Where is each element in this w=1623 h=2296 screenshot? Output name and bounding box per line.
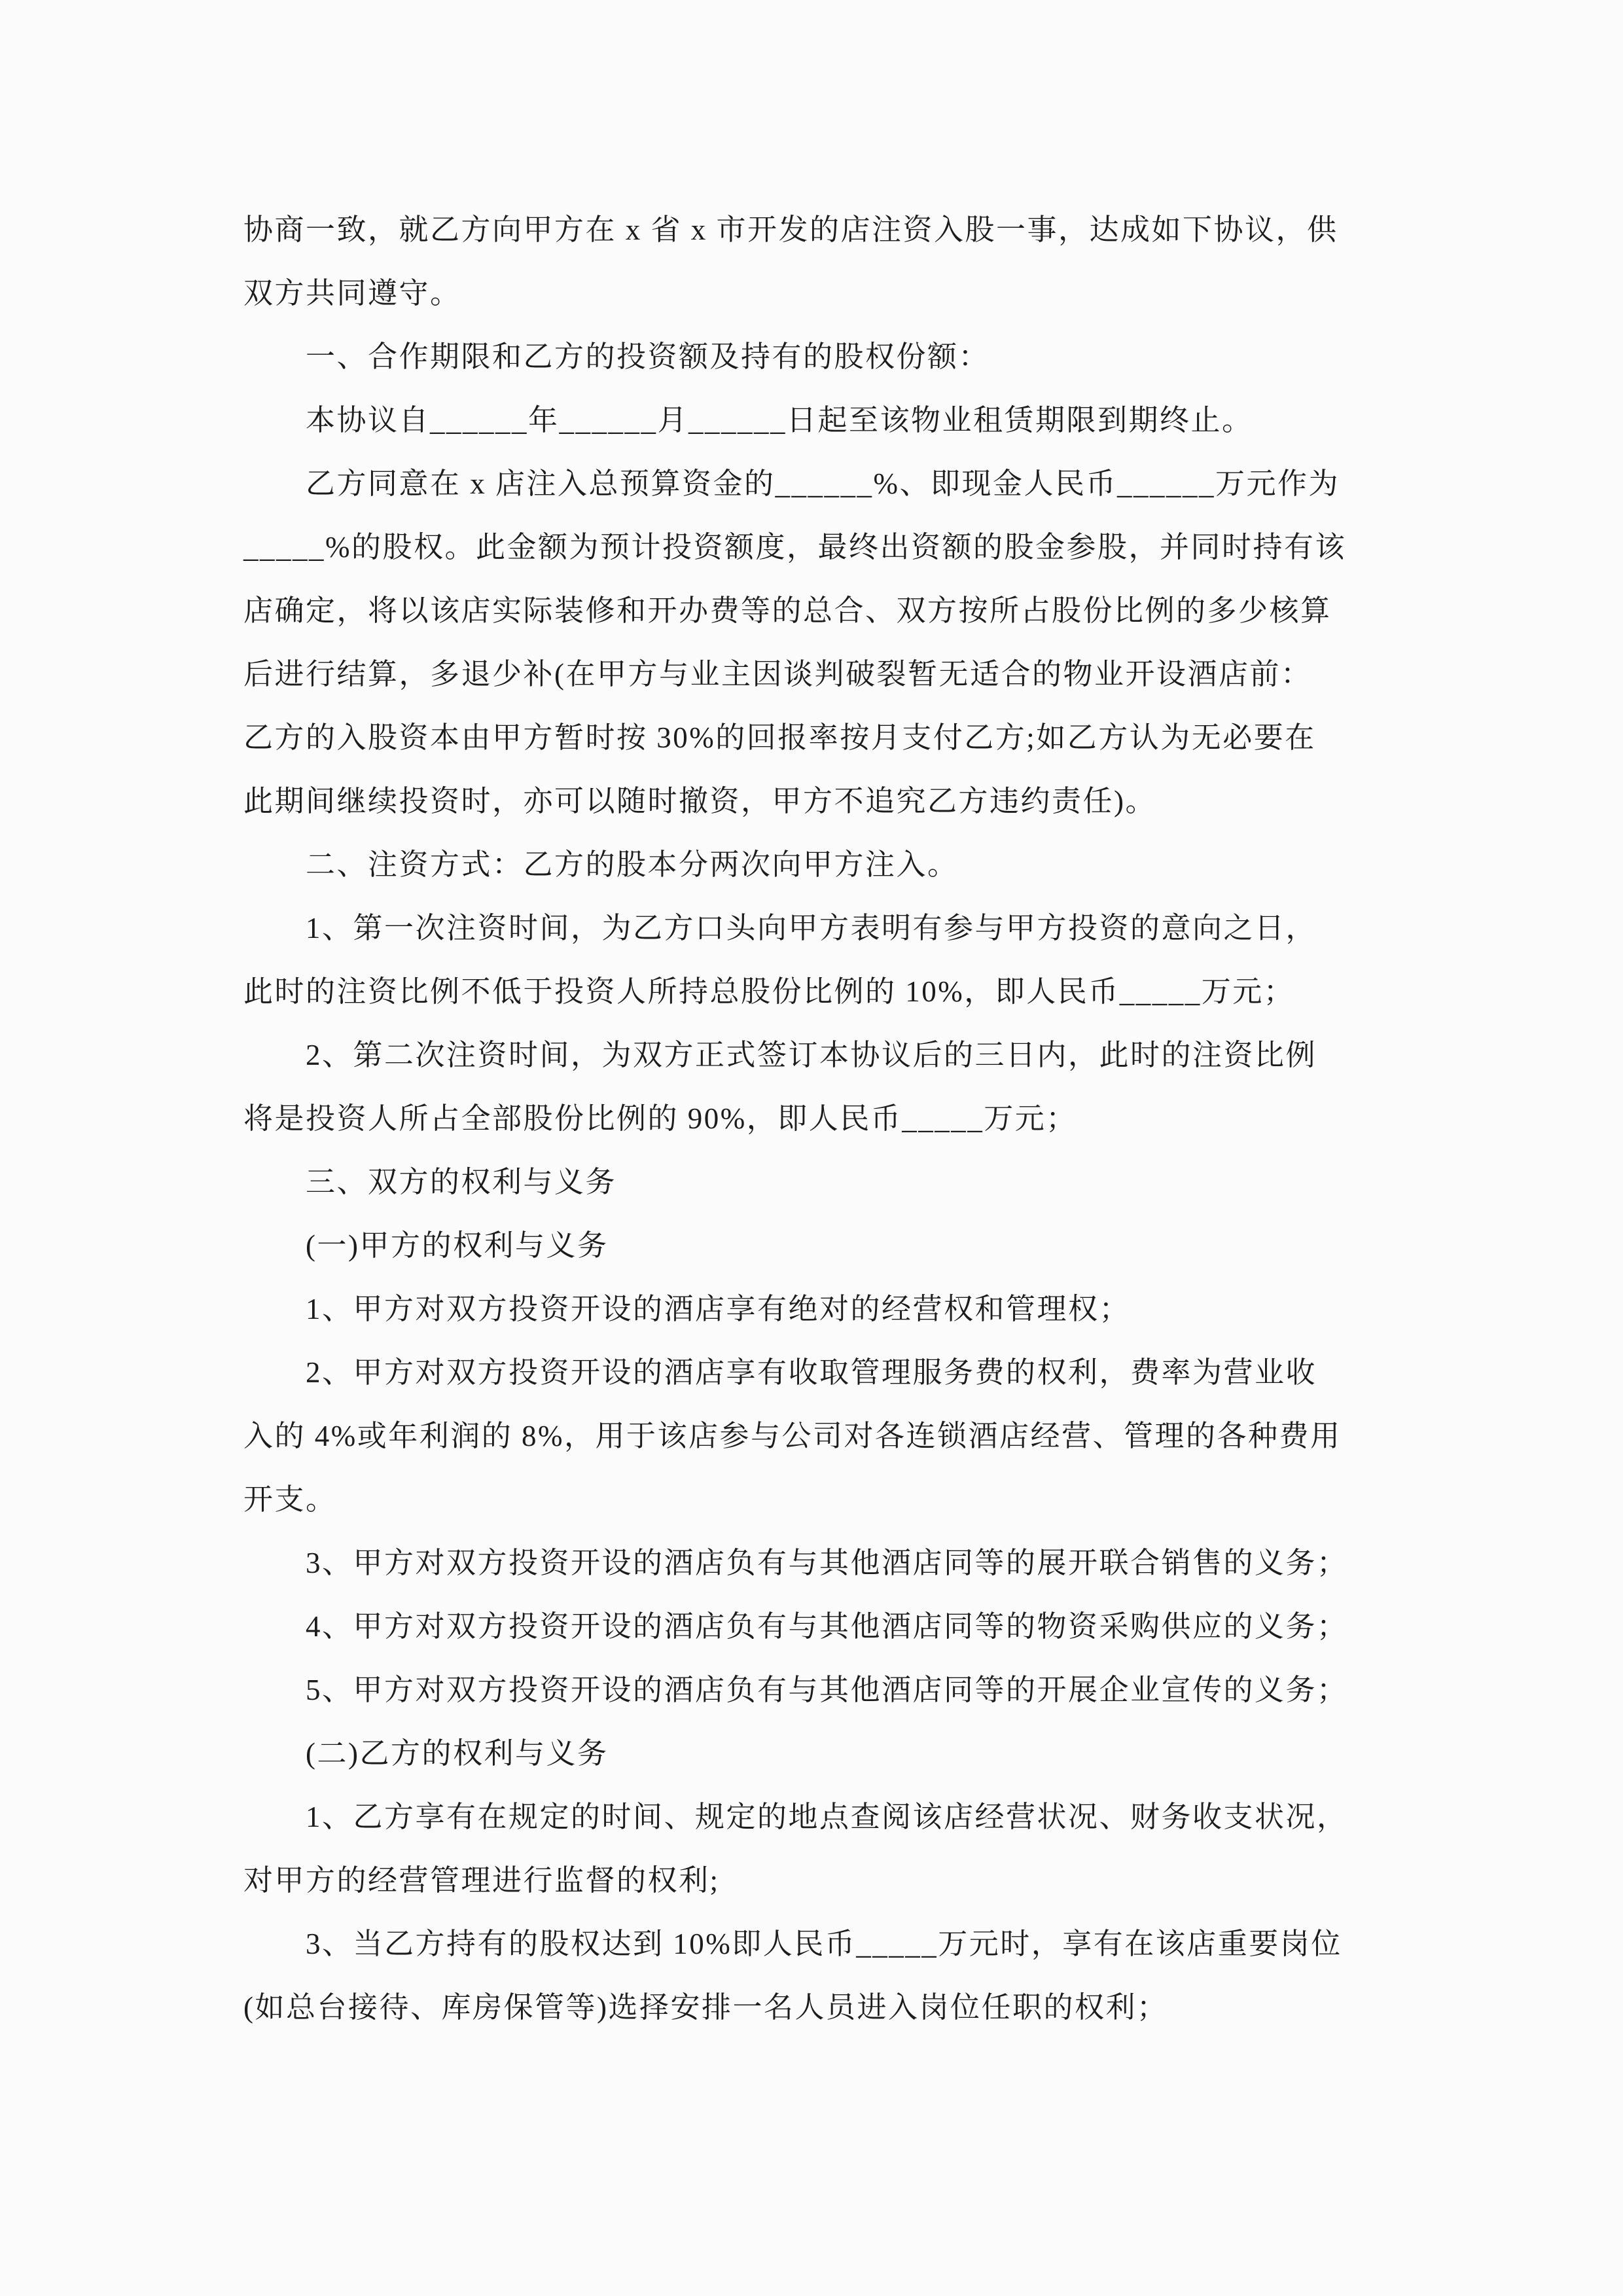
document-line: 本协议自______年______月______日起至该物业租赁期限到期终止。 bbox=[243, 389, 1382, 452]
document-line: 开支。 bbox=[243, 1468, 1382, 1532]
document-line: 1、第一次注资时间，为乙方口头向甲方表明有参与甲方投资的意向之日， bbox=[243, 897, 1382, 960]
document-line: 乙方的入股资本由甲方暂时按 30%的回报率按月支付乙方;如乙方认为无必要在 bbox=[243, 706, 1382, 770]
document-line: 双方共同遵守。 bbox=[243, 262, 1382, 325]
document-line: 5、甲方对双方投资开设的酒店负有与其他酒店同等的开展企业宣传的义务； bbox=[243, 1659, 1382, 1722]
document-line: 乙方同意在 x 店注入总预算资金的______%、即现金人民币______万元作… bbox=[243, 452, 1382, 516]
document-line: 3、甲方对双方投资开设的酒店负有与其他酒店同等的展开联合销售的义务； bbox=[243, 1532, 1382, 1595]
document-page: 协商一致，就乙方向甲方在 x 省 x 市开发的店注资入股一事，达成如下协议，供 … bbox=[0, 0, 1623, 2296]
document-line: 对甲方的经营管理进行监督的权利; bbox=[243, 1849, 1382, 1912]
subsection-heading: (一)甲方的权利与义务 bbox=[243, 1214, 1382, 1278]
document-line: 此期间继续投资时，亦可以随时撤资，甲方不追究乙方违约责任)。 bbox=[243, 770, 1382, 833]
section-heading: 三、双方的权利与义务 bbox=[243, 1151, 1382, 1214]
document-line: 1、甲方对双方投资开设的酒店享有绝对的经营权和管理权； bbox=[243, 1278, 1382, 1341]
document-text-block: 协商一致，就乙方向甲方在 x 省 x 市开发的店注资入股一事，达成如下协议，供 … bbox=[243, 198, 1382, 2039]
document-line: 4、甲方对双方投资开设的酒店负有与其他酒店同等的物资采购供应的义务； bbox=[243, 1595, 1382, 1659]
document-line: 将是投资人所占全部股份比例的 90%，即人民币_____万元； bbox=[243, 1087, 1382, 1151]
document-line: 入的 4%或年利润的 8%，用于该店参与公司对各连锁酒店经营、管理的各种费用 bbox=[243, 1405, 1382, 1468]
document-line: 2、第二次注资时间，为双方正式签订本协议后的三日内，此时的注资比例 bbox=[243, 1024, 1382, 1087]
section-heading: 二、注资方式：乙方的股本分两次向甲方注入。 bbox=[243, 833, 1382, 897]
subsection-heading: (二)乙方的权利与义务 bbox=[243, 1722, 1382, 1785]
document-line: (如总台接待、库房保管等)选择安排一名人员进入岗位任职的权利； bbox=[243, 1976, 1382, 2039]
document-line: 2、甲方对双方投资开设的酒店享有收取管理服务费的权利，费率为营业收 bbox=[243, 1341, 1382, 1405]
document-line: 协商一致，就乙方向甲方在 x 省 x 市开发的店注资入股一事，达成如下协议，供 bbox=[243, 198, 1382, 262]
document-line: 此时的注资比例不低于投资人所持总股份比例的 10%，即人民币_____万元； bbox=[243, 960, 1382, 1024]
section-heading: 一、合作期限和乙方的投资额及持有的股权份额： bbox=[243, 325, 1382, 389]
document-line: 1、乙方享有在规定的时间、规定的地点查阅该店经营状况、财务收支状况， bbox=[243, 1785, 1382, 1849]
document-line: 3、当乙方持有的股权达到 10%即人民币_____万元时，享有在该店重要岗位 bbox=[243, 1912, 1382, 1976]
document-line: 店确定，将以该店实际装修和开办费等的总合、双方按所占股份比例的多少核算 bbox=[243, 579, 1382, 643]
document-line: 后进行结算，多退少补(在甲方与业主因谈判破裂暂无适合的物业开设酒店前： bbox=[243, 643, 1382, 706]
document-line: _____%的股权。此金额为预计投资额度，最终出资额的股金参股，并同时持有该 bbox=[243, 516, 1382, 579]
